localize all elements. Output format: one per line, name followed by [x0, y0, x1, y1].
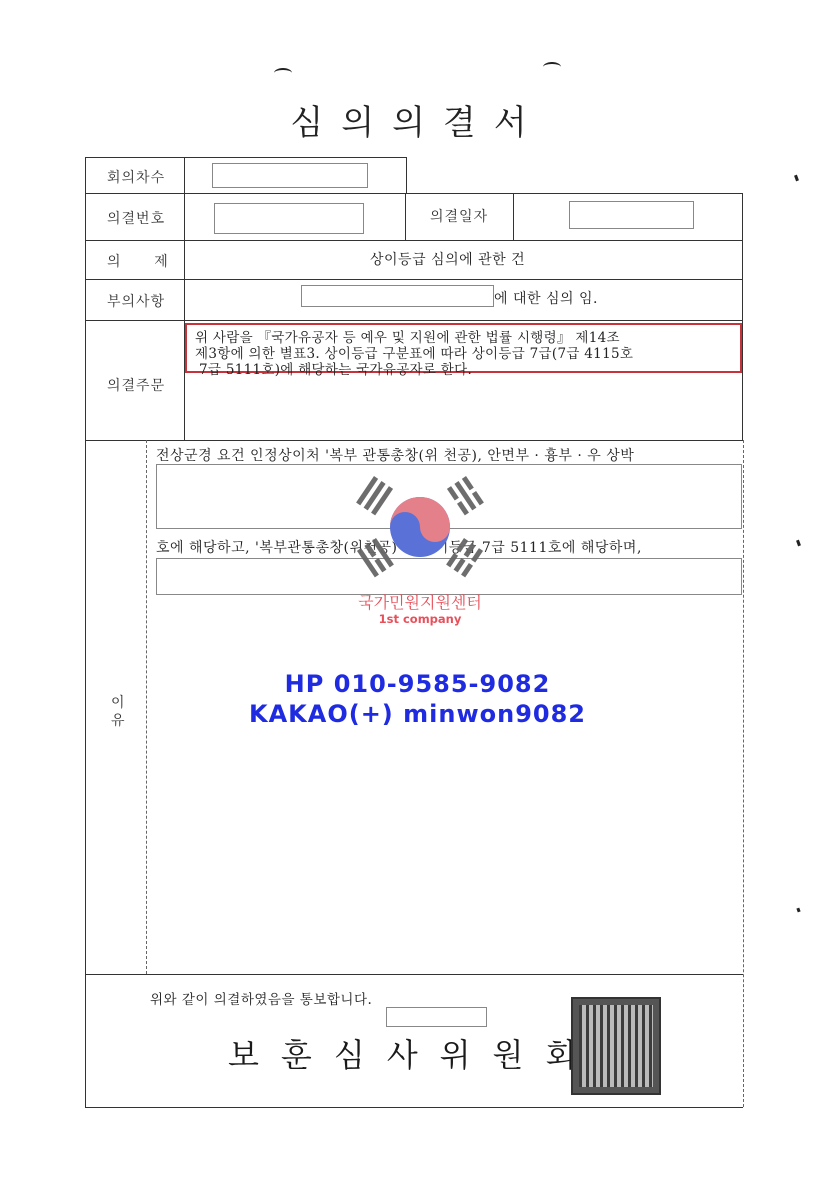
table-border: [405, 193, 406, 240]
decision-line-3: 7급 5111호)에 해당하는 국가유공자로 한다.: [199, 358, 472, 378]
punch-mark-left: [274, 68, 292, 78]
document-title: 심의의결서: [0, 95, 835, 144]
resolution-date-label: 의결일자: [430, 206, 488, 226]
scan-speck: [796, 908, 800, 913]
watermark-tagline: 1st company: [0, 612, 835, 626]
subject-label: 부의사항: [107, 291, 165, 311]
issuer-name: 보훈심사위원회: [228, 1030, 598, 1076]
scan-speck: [794, 175, 799, 182]
watermark-org-name: 국가민원지원센터: [0, 590, 835, 613]
table-border: [85, 1107, 743, 1108]
footer-redacted: [386, 1007, 487, 1027]
table-border: [85, 157, 406, 158]
official-seal-icon: [571, 997, 661, 1095]
table-border: [85, 440, 743, 441]
meeting-no-label: 회의차수: [107, 167, 165, 187]
resolution-no-redacted: [214, 203, 364, 234]
scan-speck: [796, 540, 801, 547]
meeting-no-redacted: [212, 163, 368, 188]
reason-line-1: 전상군경 요건 인정상이처 '복부 관통총창(위 천공), 안면부 · 흉부 ·…: [156, 445, 634, 465]
table-border: [513, 193, 514, 240]
agenda-label: 의 제: [107, 251, 169, 271]
subject-redacted: [301, 285, 494, 307]
table-border: [85, 974, 743, 975]
korean-flag-watermark-icon: [345, 468, 495, 578]
contact-kakao: KAKAO(+) minwon9082: [0, 700, 835, 728]
contact-phone: HP 010-9585-9082: [0, 670, 835, 698]
table-border: [184, 157, 185, 440]
subject-suffix: 에 대한 심의 임.: [494, 288, 598, 308]
resolution-date-redacted: [569, 201, 694, 229]
table-border: [742, 193, 743, 440]
table-border: [406, 157, 407, 193]
table-border: [85, 157, 86, 1107]
agenda-value: 상이등급 심의에 관한 건: [370, 249, 525, 269]
resolution-no-label: 의결번호: [107, 208, 165, 228]
punch-mark-right: [543, 62, 561, 72]
table-border: [743, 440, 744, 1107]
decision-label: 의결주문: [107, 375, 165, 395]
footer-notice: 위와 같이 의결하였음을 통보합니다.: [150, 988, 372, 1008]
